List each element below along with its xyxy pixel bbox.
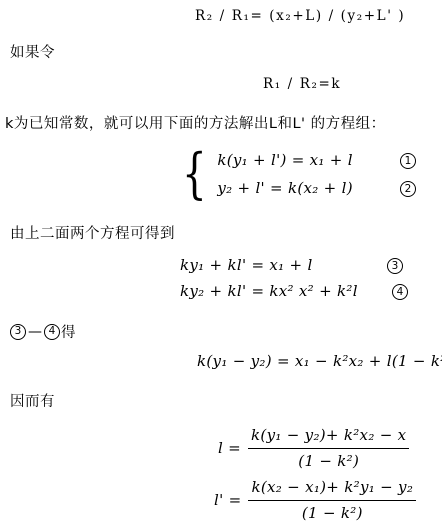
formula-l-fraction: k(y₁ − y₂)+ k²x₂ − x (1 − k²): [248, 424, 409, 471]
equation-2-ref-badge: 2: [400, 181, 416, 197]
equation-1-ref-badge: 1: [400, 153, 416, 169]
equation-3-ref: 3: [392, 261, 399, 272]
equation-2: y₂ + l' = k(x₂ + l): [217, 174, 353, 202]
subtract-line: 3 — 4 得: [10, 321, 76, 342]
formula-l-prime-solution: l' = k(x₂ − x₁)+ k²y₁ − y₂ (1 − k²): [214, 476, 416, 523]
formula-l-numerator: k(y₁ − y₂)+ k²x₂ − x: [248, 424, 409, 448]
subtract-ref-3: 3: [15, 326, 22, 337]
formula-l-denominator: (1 − k²): [248, 448, 409, 471]
formula-l-solution: l = k(y₁ − y₂)+ k²x₂ − x (1 − k²): [218, 424, 409, 471]
para-therefore: 因而有: [10, 390, 55, 411]
equation-4-ref: 4: [397, 287, 404, 298]
equation-3: ky₁ + kl' = x₁ + l: [180, 256, 313, 274]
formula-l-prime-numerator: k(x₂ − x₁)+ k²y₁ − y₂: [248, 476, 416, 500]
subtract-suffix: 得: [61, 321, 76, 342]
para-from-above: 由上二面两个方程可得到: [10, 222, 175, 243]
equation-4-ref-badge: 4: [392, 284, 408, 300]
equation-4: ky₂ + kl' = kx² x² + k²l: [180, 282, 358, 300]
formula-l-lhs: l =: [218, 439, 241, 457]
para-if-let: 如果令: [10, 41, 55, 62]
formula-r2-over-r1: R₂ / R₁= (x₂+L) / (y₂+L' ): [195, 8, 405, 24]
equation-1-ref: 1: [405, 156, 412, 167]
formula-l-prime-fraction: k(x₂ − x₁)+ k²y₁ − y₂ (1 − k²): [248, 476, 416, 523]
equation-2-ref: 2: [405, 184, 412, 195]
para-known-constant: k为已知常数，就可以用下面的方法解出L和L' 的方程组：: [5, 112, 386, 133]
equation-system: { k(y₁ + l') = x₁ + l y₂ + l' = k(x₂ + l…: [182, 145, 353, 203]
equation-3-ref-badge: 3: [387, 258, 403, 274]
subtract-ref-4-badge: 4: [44, 324, 60, 340]
subtract-ref-4: 4: [49, 326, 56, 337]
formula-r1-over-r2-equals-k: R₁ / R₂=k: [263, 76, 341, 92]
document-page: R₂ / R₁= (x₂+L) / (y₂+L' ) 如果令 R₁ / R₂=k…: [0, 0, 442, 527]
subtract-ref-3-badge: 3: [10, 324, 26, 340]
subtract-dash: —: [27, 324, 43, 340]
left-brace: {: [182, 145, 207, 203]
equation-5: k(y₁ − y₂) = x₁ − k²x₂ + l(1 − k²): [197, 352, 442, 370]
formula-l-prime-denominator: (1 − k²): [248, 500, 416, 523]
system-rows: k(y₁ + l') = x₁ + l y₂ + l' = k(x₂ + l): [217, 146, 353, 202]
equation-1: k(y₁ + l') = x₁ + l: [217, 146, 353, 174]
formula-l-prime-lhs: l' =: [214, 491, 241, 509]
